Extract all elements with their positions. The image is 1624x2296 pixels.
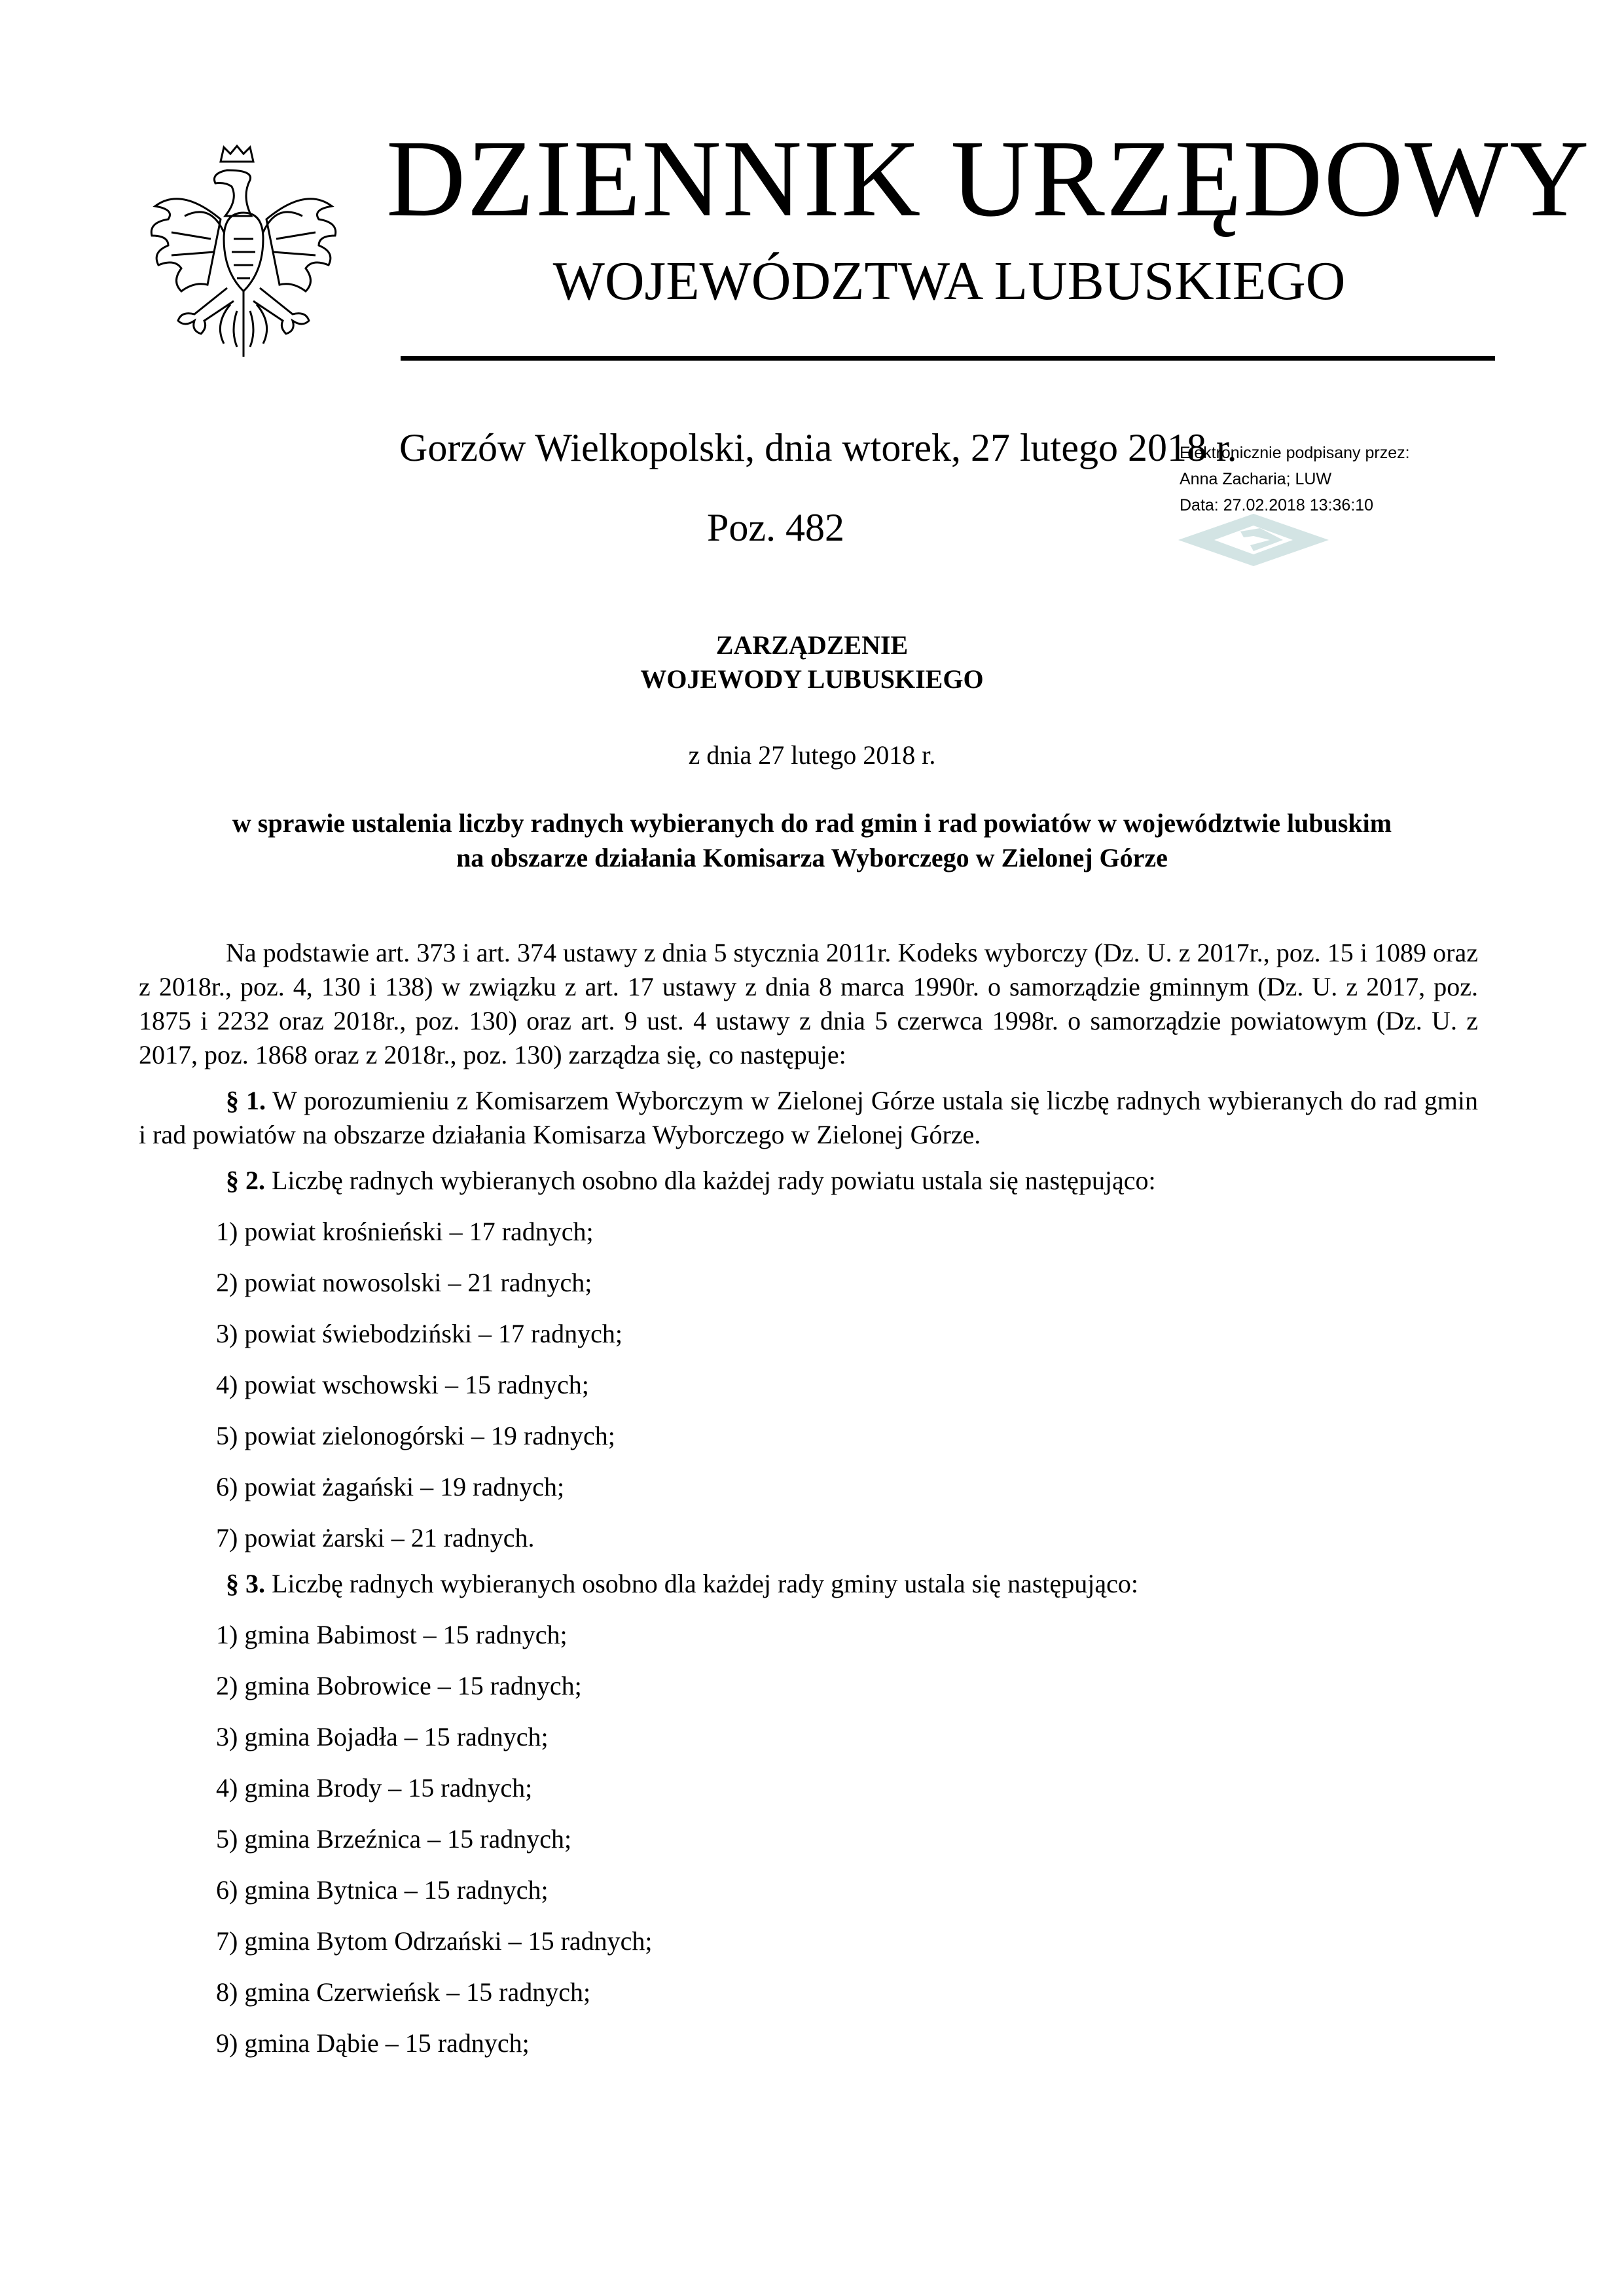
document-issuer: WOJEWODY LUBUSKIEGO [131,662,1493,696]
gmina-list-item: 7) gmina Bytom Odrzański – 15 radnych; [139,1924,1478,1958]
powiat-list-item: 7) powiat żarski – 21 radnych. [139,1521,1478,1555]
section-text: W porozumieniu z Komisarzem Wyborczym w … [139,1086,1478,1149]
signature-signer: Anna Zacharia; LUW [1180,466,1410,492]
section-text: Liczbę radnych wybieranych osobno dla ka… [265,1569,1138,1598]
section-1: § 1. W porozumieniu z Komisarzem Wyborcz… [139,1084,1478,1152]
gmina-list-item: 3) gmina Bojadła – 15 radnych; [139,1720,1478,1754]
gmina-list-item: 1) gmina Babimost – 15 radnych; [139,1618,1478,1652]
section-label: § 1. [226,1086,266,1115]
document-date: z dnia 27 lutego 2018 r. [131,738,1493,772]
gmina-list: 1) gmina Babimost – 15 radnych;2) gmina … [139,1618,1478,2060]
document-subject-line2: na obszarze działania Komisarza Wyborcze… [131,841,1493,875]
signature-label: Elektronicznie podpisany przez: [1180,440,1410,466]
electronic-signature: Elektronicznie podpisany przez: Anna Zac… [1180,440,1410,518]
header-divider [401,356,1495,361]
gmina-list-item: 9) gmina Dąbie – 15 radnych; [139,2026,1478,2060]
powiat-list-item: 4) powiat wschowski – 15 radnych; [139,1368,1478,1402]
document-body: Na podstawie art. 373 i art. 374 ustawy … [139,936,1478,2060]
powiat-list-item: 3) powiat świebodziński – 17 radnych; [139,1317,1478,1351]
section-label: § 2. [226,1166,265,1195]
section-text: Liczbę radnych wybieranych osobno dla ka… [265,1166,1156,1195]
section-label: § 3. [226,1569,265,1598]
powiat-list-item: 6) powiat żagański – 19 radnych; [139,1470,1478,1504]
section-2: § 2. Liczbę radnych wybieranych osobno d… [139,1164,1478,1198]
powiat-list: 1) powiat krośnieński – 17 radnych;2) po… [139,1215,1478,1555]
document-type: ZARZĄDZENIE [131,628,1493,662]
journal-subtitle: WOJEWÓDZTWA LUBUSKIEGO [386,249,1512,314]
document-subject-line1: w sprawie ustalenia liczby radnych wybie… [131,806,1493,840]
position-number: Poz. 482 [707,504,844,551]
powiat-list-item: 1) powiat krośnieński – 17 radnych; [139,1215,1478,1249]
gmina-list-item: 2) gmina Bobrowice – 15 radnych; [139,1669,1478,1703]
section-3: § 3. Liczbę radnych wybieranych osobno d… [139,1567,1478,1601]
gmina-list-item: 4) gmina Brody – 15 radnych; [139,1771,1478,1805]
gmina-list-item: 5) gmina Brzeźnica – 15 radnych; [139,1822,1478,1856]
place-date: Gorzów Wielkopolski, dnia wtorek, 27 lut… [399,424,1237,471]
powiat-list-item: 2) powiat nowosolski – 21 radnych; [139,1266,1478,1300]
e-signature-diamond-icon [1178,514,1329,566]
journal-title: DZIENNIK URZĘDOWY [386,117,1512,241]
polish-eagle-emblem-icon [145,141,342,367]
gmina-list-item: 8) gmina Czerwieńsk – 15 radnych; [139,1975,1478,2009]
preamble: Na podstawie art. 373 i art. 374 ustawy … [139,936,1478,1072]
powiat-list-item: 5) powiat zielonogórski – 19 radnych; [139,1419,1478,1453]
gmina-list-item: 6) gmina Bytnica – 15 radnych; [139,1873,1478,1907]
